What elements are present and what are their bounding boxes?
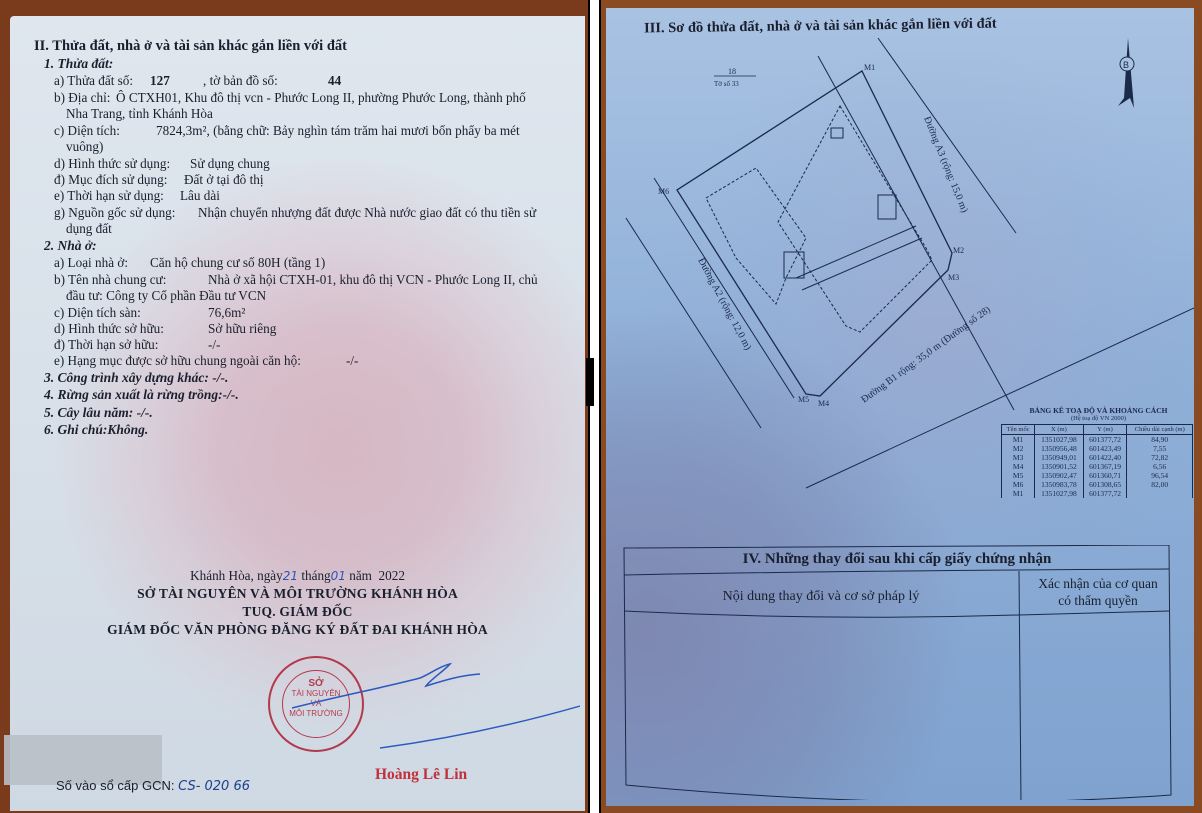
land-heading: 1. Thửa đất: (44, 56, 113, 72)
note: 6. Ghi chú:Không. (44, 422, 148, 438)
place-date: Khánh Hòa, ngày21 tháng01 năm 2022 (10, 568, 585, 584)
svg-text:B: B (1123, 60, 1129, 70)
signer-name: Hoàng Lê Lin (375, 766, 467, 784)
purpose-value: Đất ở tại đô thị (184, 172, 264, 188)
area-value: 7824,3m², (bằng chữ: Bảy nghìn tám trăm … (156, 123, 520, 139)
coord-table-header: Tên mốc (1002, 425, 1035, 435)
term-label: e) Thời hạn sử dụng: (54, 188, 164, 204)
svg-text:M5: M5 (798, 395, 809, 404)
coord-table-row: M11351027,98601377,7284,90 (1002, 435, 1193, 445)
road-a2-label: Đường A2 (rộng: 12,0 m) (695, 256, 753, 352)
right-page-photo: III. Sơ đồ thửa đất, nhà ở và tài sản kh… (601, 0, 1202, 813)
section-2-title: II. Thửa đất, nhà ở và tài sản khác gắn … (34, 38, 347, 54)
address-value: Ô CTXH01, Khu đô thị vcn - Phước Long II… (116, 90, 526, 106)
svg-text:M6: M6 (658, 187, 669, 196)
neighbor-sheet: Tờ số 33 (714, 80, 739, 88)
certificate-page-section-2: II. Thửa đất, nhà ở và tài sản khác gắn … (10, 16, 585, 811)
coord-table-row: M11351027,98601377,72 (1002, 489, 1193, 498)
origin-value-cont: dụng đất (66, 221, 112, 237)
other-works: 3. Công trình xây dựng khác: -/-. (44, 370, 228, 386)
floor-area-label: c) Diện tích sàn: (54, 305, 141, 321)
map-sheet-label: , tờ bản đồ số: (203, 73, 278, 89)
proxy-title: TUQ. GIÁM ĐỐC (10, 604, 585, 620)
registry-number-handwritten: CS- 020 66 (178, 779, 250, 794)
building-value: Nhà ở xã hội CTXH-01, khu đô thị VCN - P… (208, 272, 538, 288)
month-handwritten: 01 (331, 569, 346, 583)
house-type-label: a) Loại nhà ở: (54, 255, 128, 271)
road-b1-label: Đường B1 rộng: 35,0 m (Đường số 28) (859, 304, 992, 405)
parcel-number: 127 (150, 73, 170, 89)
coord-table-row: M51350902,47601360,7196,54 (1002, 471, 1193, 480)
registry-number: Số vào sổ cấp GCN: CS- 020 66 (56, 778, 250, 794)
origin-value: Nhận chuyển nhượng đất được Nhà nước gia… (198, 205, 536, 221)
changes-column-content: Nội dung thay đổi và cơ sở pháp lý (621, 579, 1021, 615)
road-a3-label: Đường A3 (rộng: 15,0 m) (921, 115, 970, 214)
coord-table-row: M31350949,01601422,4072,82 (1002, 453, 1193, 462)
image-divider (588, 0, 590, 813)
floor-area-value: 76,6m² (208, 305, 245, 321)
address-value-cont: Nha Trang, tỉnh Khánh Hòa (66, 106, 213, 122)
house-heading: 2. Nhà ở: (44, 238, 97, 254)
svg-text:M2: M2 (953, 246, 964, 255)
ownership-label: d) Hình thức sở hữu: (54, 321, 164, 337)
house-type-value: Căn hộ chung cư số 80H (tầng 1) (150, 255, 325, 271)
coordinate-table: BẢNG KÊ TOẠ ĐỘ VÀ KHOẢNG CÁCH (Hệ toạ độ… (1001, 406, 1196, 498)
address-label: b) Địa chỉ: (54, 90, 110, 106)
changes-table: IV. Những thay đổi sau khi cấp giấy chứn… (621, 545, 1173, 800)
ownership-value: Sở hữu riêng (208, 321, 276, 337)
coord-table-header: Y (m) (1083, 425, 1127, 435)
coord-table-row: M61350983,78601308,6582,00 (1002, 480, 1193, 489)
use-form-value: Sử dụng chung (190, 156, 270, 172)
issuing-organization: SỞ TÀI NGUYÊN VÀ MÔI TRƯỜNG KHÁNH HÒA (10, 586, 585, 602)
coord-table-row: M41350901,52601367,196,56 (1002, 462, 1193, 471)
parcel-label: a) Thửa đất số: (54, 73, 133, 89)
map-sheet-number: 44 (328, 73, 341, 89)
perennial: 5. Cây lâu năm: -/-. (44, 405, 153, 421)
area-value-cont: vuông) (66, 139, 103, 155)
area-label: c) Diện tích: (54, 123, 120, 139)
svg-text:M1: M1 (864, 63, 875, 72)
svg-text:M4: M4 (818, 399, 829, 408)
shared-value: -/- (346, 353, 358, 369)
divider-marker (586, 358, 594, 406)
svg-text:M3: M3 (948, 273, 959, 282)
left-page-photo: II. Thửa đất, nhà ở và tài sản khác gắn … (0, 0, 588, 813)
coord-table-header: X (m) (1035, 425, 1083, 435)
building-value-cont: đầu tư: Công ty Cổ phần Đầu tư VCN (66, 288, 266, 304)
own-term-label: đ) Thời hạn sở hữu: (54, 337, 158, 353)
own-term-value: -/- (208, 337, 220, 353)
coord-table-header: Chiều dài cạnh (m) (1127, 425, 1193, 435)
forest: 4. Rừng sản xuất là rừng trồng:-/-. (44, 387, 239, 403)
coord-table-row: M21350956,48601423,497,55 (1002, 444, 1193, 453)
shared-label: e) Hạng mục được sở hữu chung ngoài căn … (54, 353, 301, 369)
changes-column-confirmation: Xác nhận của cơ quan có thẩm quyền (1023, 575, 1173, 609)
north-arrow-icon: B (1118, 38, 1134, 108)
handwritten-signature (280, 656, 580, 766)
purpose-label: đ) Mục đích sử dụng: (54, 172, 167, 188)
origin-label: g) Nguồn gốc sử dụng: (54, 205, 175, 221)
use-form-label: d) Hình thức sử dụng: (54, 156, 170, 172)
day-handwritten: 21 (283, 569, 298, 583)
signer-title: GIÁM ĐỐC VĂN PHÒNG ĐĂNG KÝ ĐẤT ĐAI KHÁNH… (10, 622, 585, 638)
neighbor-parcel-number: 18 (728, 67, 736, 76)
term-value: Lâu dài (180, 188, 220, 204)
certificate-page-section-3-4: III. Sơ đồ thửa đất, nhà ở và tài sản kh… (606, 8, 1194, 806)
section-4-title: IV. Những thay đổi sau khi cấp giấy chứn… (621, 545, 1173, 573)
building-label: b) Tên nhà chung cư: (54, 272, 166, 288)
